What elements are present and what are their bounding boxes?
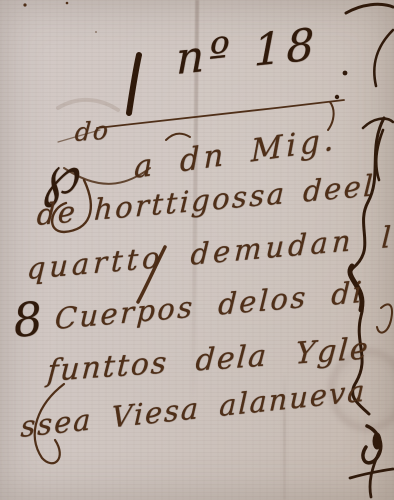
right-hook-stroke xyxy=(374,30,393,86)
header-underline-stroke xyxy=(97,100,344,128)
ink-speck xyxy=(66,2,69,5)
ink-dot xyxy=(343,71,348,76)
line1-superscript-abbreviation: do xyxy=(74,115,111,147)
mig-dot xyxy=(335,95,339,99)
bottom-right-blob-fill xyxy=(373,433,382,450)
manuscript-page: nº 18 ℘ do a dn Mig. de horttigossa deel… xyxy=(0,0,394,500)
right-g-fragment-stroke xyxy=(377,304,392,332)
line4-initial-mark: 8 xyxy=(10,291,45,348)
ink-speck xyxy=(23,3,26,6)
ghost-showthrough-stroke xyxy=(58,100,118,110)
crossed-rubric-stroke xyxy=(350,452,393,497)
ink-specks xyxy=(23,2,97,33)
header-tick-stroke xyxy=(129,55,139,113)
right-brace-stroke xyxy=(350,118,384,414)
top-right-curve-stroke xyxy=(346,4,393,13)
ink-speck xyxy=(95,31,97,33)
dn-tilde-stroke xyxy=(166,134,190,140)
